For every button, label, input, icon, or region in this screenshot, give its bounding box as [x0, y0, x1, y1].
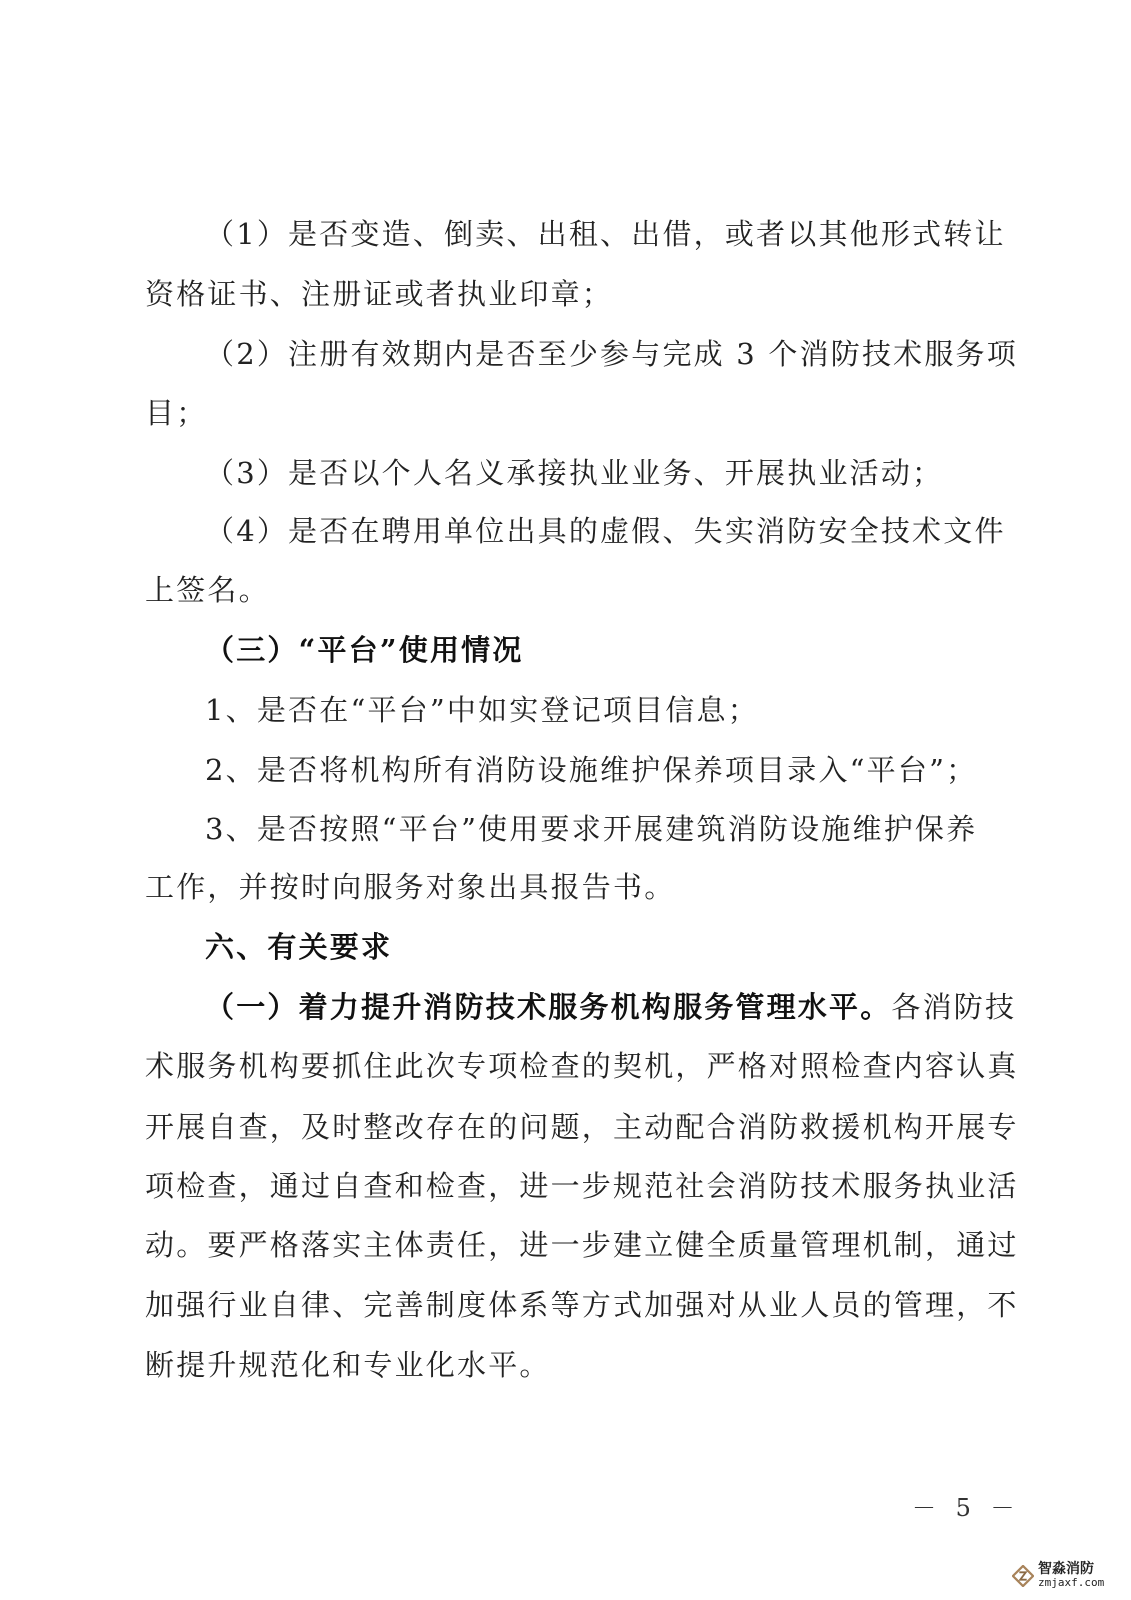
paragraph-line-1: （1）是否变造、倒卖、出租、出借，或者以其他形式转让: [205, 214, 970, 254]
watermark-url: zmjaxf.com: [1038, 1576, 1104, 1590]
requirement-lead-heading: （一）着力提升消防技术服务机构服务管理水平。: [205, 990, 891, 1024]
paragraph-line-5: （3）是否以个人名义承接执业业务、开展执业活动；: [205, 453, 970, 493]
watermark-name: 智淼消防: [1038, 1562, 1104, 1576]
paragraph-line-3: （2）注册有效期内是否至少参与完成 3 个消防技术服务项: [205, 334, 970, 374]
paragraph-line-requirement-2: 术服务机构要抓住此次专项检查的契机，严格对照检查内容认真: [145, 1046, 970, 1086]
paragraph-line-2: 资格证书、注册证或者执业印章；: [145, 274, 970, 314]
paragraph-line-4: 目；: [145, 393, 970, 433]
watermark: 智淼消防 zmjaxf.com: [1012, 1556, 1124, 1596]
list-item-3-continuation: 工作，并按时向服务对象出具报告书。: [145, 867, 970, 907]
paragraph-line-6: （4）是否在聘用单位出具的虚假、失实消防安全技术文件: [205, 511, 970, 551]
paragraph-line-requirement-3: 开展自查，及时整改存在的问题，主动配合消防救援机构开展专: [145, 1107, 970, 1147]
paragraph-line-requirement-5: 动。要严格落实主体责任，进一步建立健全质量管理机制，通过: [145, 1225, 970, 1265]
document-page: （1）是否变造、倒卖、出租、出借，或者以其他形式转让 资格证书、注册证或者执业印…: [0, 0, 1131, 1600]
section-heading-requirements: 六、有关要求: [205, 927, 970, 967]
paragraph-line-requirement-4: 项检查，通过自查和检查，进一步规范社会消防技术服务执业活: [145, 1166, 970, 1206]
list-item-2: 2、是否将机构所有消防设施维护保养项目录入“平台”；: [205, 750, 970, 790]
page-number: － 5 －: [912, 1488, 1021, 1523]
paragraph-line-requirement-7: 断提升规范化和专业化水平。: [145, 1345, 970, 1385]
paragraph-line-requirement-1: （一）着力提升消防技术服务机构服务管理水平。各消防技: [205, 987, 970, 1027]
zm-diamond-logo-icon: [1012, 1565, 1034, 1587]
list-item-3: 3、是否按照“平台”使用要求开展建筑消防设施维护保养: [205, 809, 970, 849]
requirement-lead-text: 各消防技: [891, 990, 1016, 1024]
section-heading-platform-usage: （三）“平台”使用情况: [205, 630, 970, 670]
list-item-1: 1、是否在“平台”中如实登记项目信息；: [205, 690, 970, 730]
paragraph-line-7: 上签名。: [145, 570, 970, 610]
paragraph-line-requirement-6: 加强行业自律、完善制度体系等方式加强对从业人员的管理，不: [145, 1285, 970, 1325]
